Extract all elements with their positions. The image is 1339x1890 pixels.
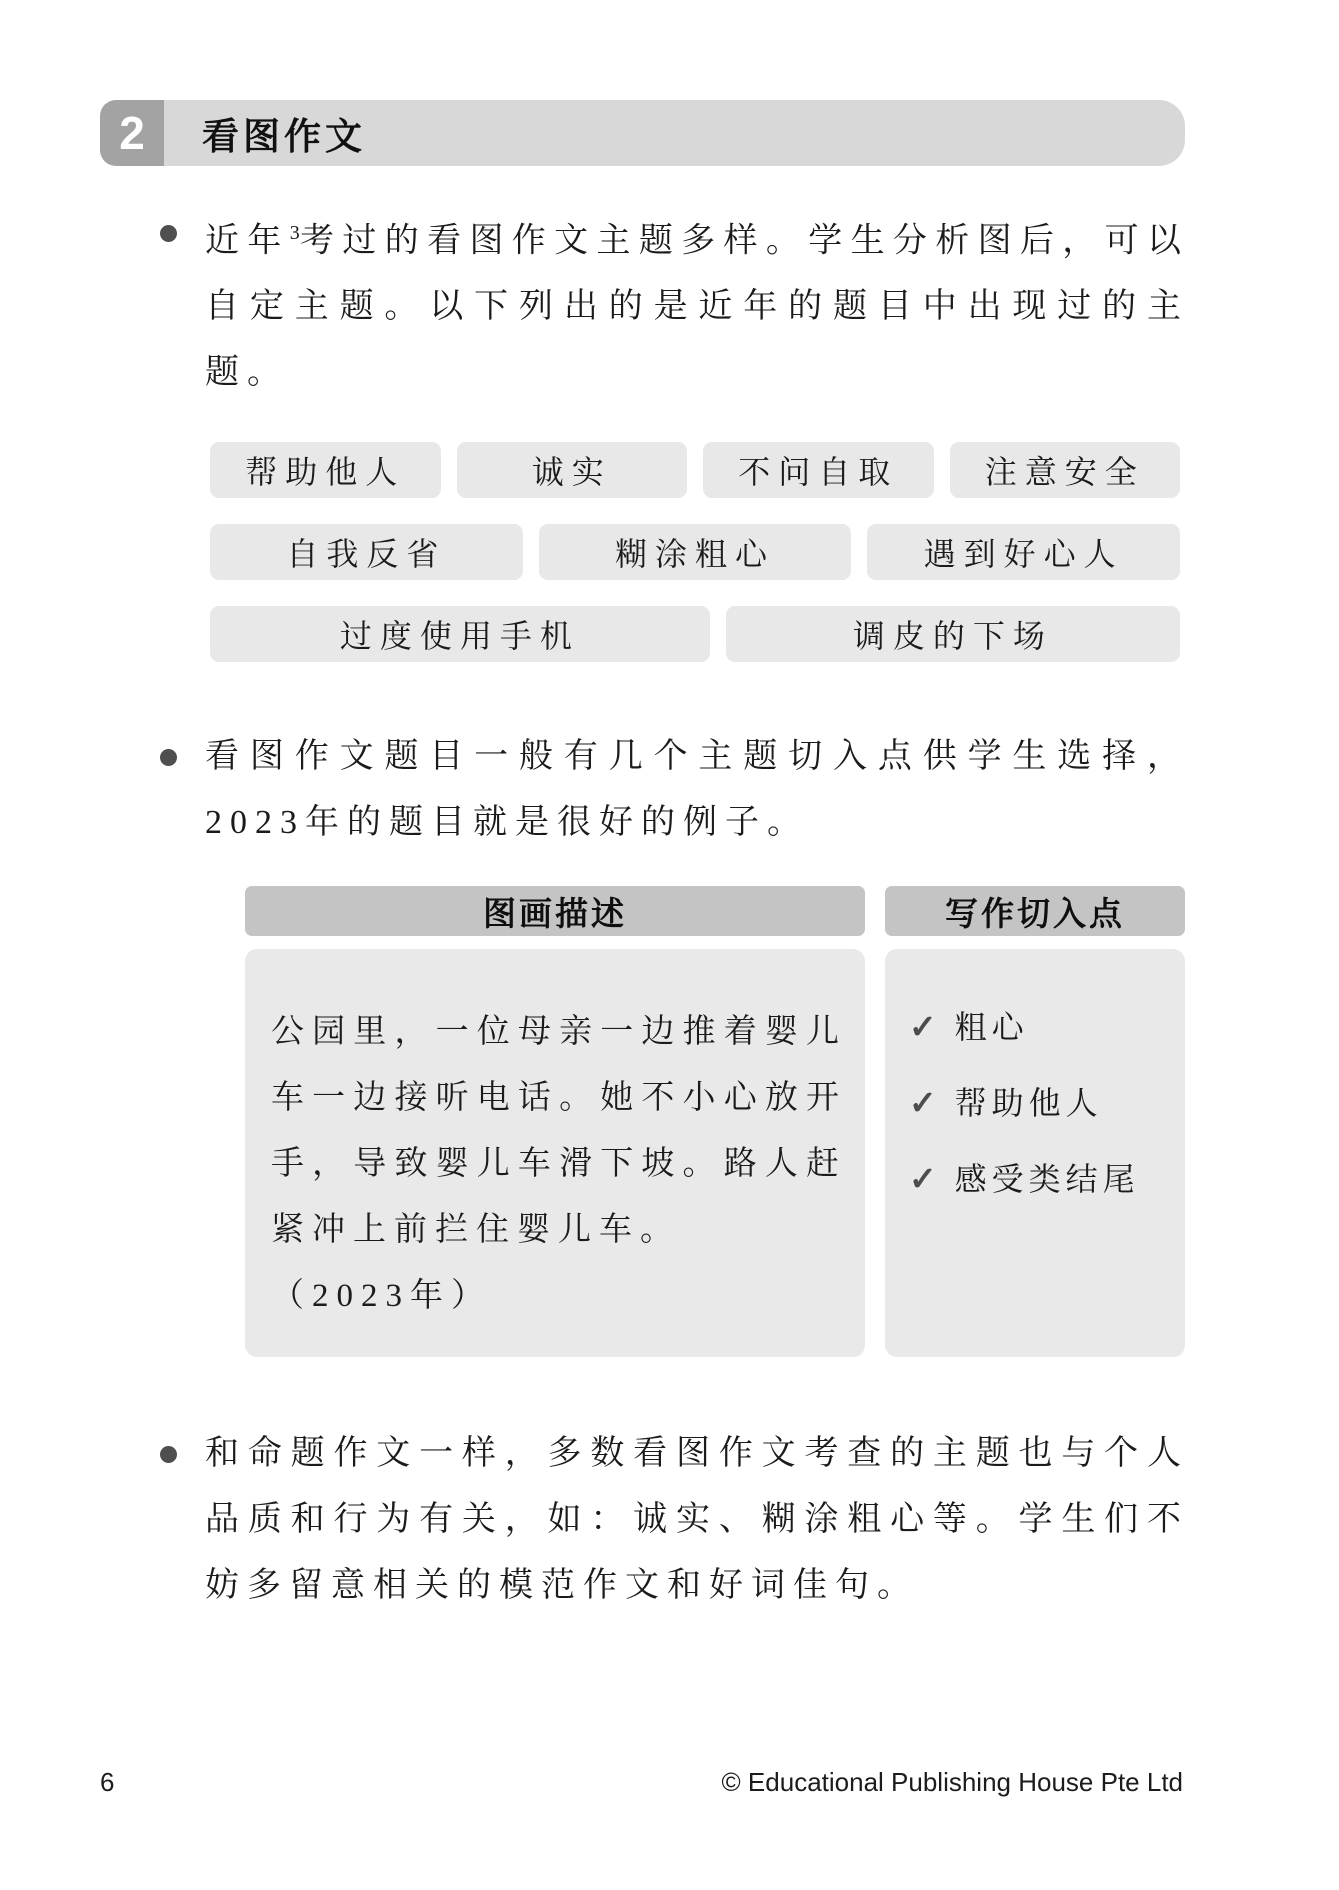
theme-tags: 帮助他人 诚实 不问自取 注意安全 自我反省 糊涂粗心 遇到好心人 过度使用手机…	[210, 442, 1180, 662]
page-footer: 6 © Educational Publishing House Pte Ltd	[100, 1767, 1183, 1798]
bullet-dot	[160, 749, 177, 766]
bullet-2-text: 看图作文题目一般有几个主题切入点供学生选择，2023年的题目就是很好的例子。	[205, 724, 1189, 856]
copyright-notice: © Educational Publishing House Pte Ltd	[722, 1767, 1183, 1798]
bullet-paragraph-2: 看图作文题目一般有几个主题切入点供学生选择，2023年的题目就是很好的例子。	[160, 724, 1189, 856]
angle-label: 感受类结尾	[955, 1142, 1140, 1217]
bullet-3-text: 和命题作文一样，多数看图作文考查的主题也与个人品质和行为有关，如：诚实、糊涂粗心…	[205, 1421, 1189, 1619]
theme-tag: 遇到好心人	[867, 524, 1180, 580]
angle-label: 帮助他人	[955, 1066, 1103, 1141]
theme-tag: 过度使用手机	[210, 606, 710, 662]
theme-row-2: 自我反省 糊涂粗心 遇到好心人	[210, 524, 1180, 580]
theme-row-1: 帮助他人 诚实 不问自取 注意安全	[210, 442, 1180, 498]
angle-item: ✓ 帮助他人	[909, 1065, 1177, 1141]
column-header-picture-description: 图画描述	[245, 886, 865, 936]
theme-tag: 不问自取	[703, 442, 934, 498]
example-table-body: 公园里，一位母亲一边推着婴儿车一边接听电话。她不小心放开手，导致婴儿车滑下坡。路…	[245, 949, 1185, 1357]
picture-description-text: 公园里，一位母亲一边推着婴儿车一边接听电话。她不小心放开手，导致婴儿车滑下坡。路…	[271, 999, 847, 1263]
bullet-1-pre: 近年	[205, 222, 290, 259]
page-number: 6	[100, 1767, 114, 1798]
theme-tag: 调皮的下场	[726, 606, 1180, 662]
checkmark-icon: ✓	[909, 1141, 937, 1216]
checkmark-icon: ✓	[909, 989, 937, 1064]
bullet-1-text: 近年3考过的看图作文主题多样。学生分析图后，可以自定主题。以下列出的是近年的题目…	[205, 200, 1189, 406]
theme-tag: 帮助他人	[210, 442, 441, 498]
writing-angles-cell: ✓ 粗心 ✓ 帮助他人 ✓ 感受类结尾	[885, 949, 1185, 1357]
theme-tag: 糊涂粗心	[539, 524, 852, 580]
angle-item: ✓ 感受类结尾	[909, 1141, 1177, 1217]
page: 2 看图作文 近年3考过的看图作文主题多样。学生分析图后，可以自定主题。以下列出…	[0, 0, 1339, 1890]
section-number-badge: 2	[100, 100, 164, 166]
footnote-marker: 3	[290, 222, 300, 244]
section-title: 看图作文	[202, 106, 366, 160]
example-table: 图画描述 写作切入点 公园里，一位母亲一边推着婴儿车一边接听电话。她不小心放开手…	[245, 886, 1185, 1357]
theme-tag: 注意安全	[950, 442, 1181, 498]
bullet-paragraph-3: 和命题作文一样，多数看图作文考查的主题也与个人品质和行为有关，如：诚实、糊涂粗心…	[160, 1421, 1189, 1619]
exam-year-note: （2023年）	[271, 1263, 847, 1329]
example-table-header: 图画描述 写作切入点	[245, 886, 1185, 936]
angle-label: 粗心	[955, 990, 1029, 1065]
column-header-writing-angles: 写作切入点	[885, 886, 1185, 936]
angle-item: ✓ 粗心	[909, 989, 1177, 1065]
bullet-paragraph-1: 近年3考过的看图作文主题多样。学生分析图后，可以自定主题。以下列出的是近年的题目…	[160, 200, 1189, 406]
checkmark-icon: ✓	[909, 1065, 937, 1140]
picture-description-cell: 公园里，一位母亲一边推着婴儿车一边接听电话。她不小心放开手，导致婴儿车滑下坡。路…	[245, 949, 865, 1357]
bullet-dot	[160, 225, 177, 242]
bullet-dot	[160, 1446, 177, 1463]
bullet-1-rest: 考过的看图作文主题多样。学生分析图后，可以自定主题。以下列出的是近年的题目中出现…	[205, 222, 1189, 391]
section-header-bar: 看图作文	[164, 100, 1185, 166]
theme-tag: 诚实	[457, 442, 688, 498]
section-header: 2 看图作文	[100, 100, 1185, 166]
theme-row-3: 过度使用手机 调皮的下场	[210, 606, 1180, 662]
theme-tag: 自我反省	[210, 524, 523, 580]
